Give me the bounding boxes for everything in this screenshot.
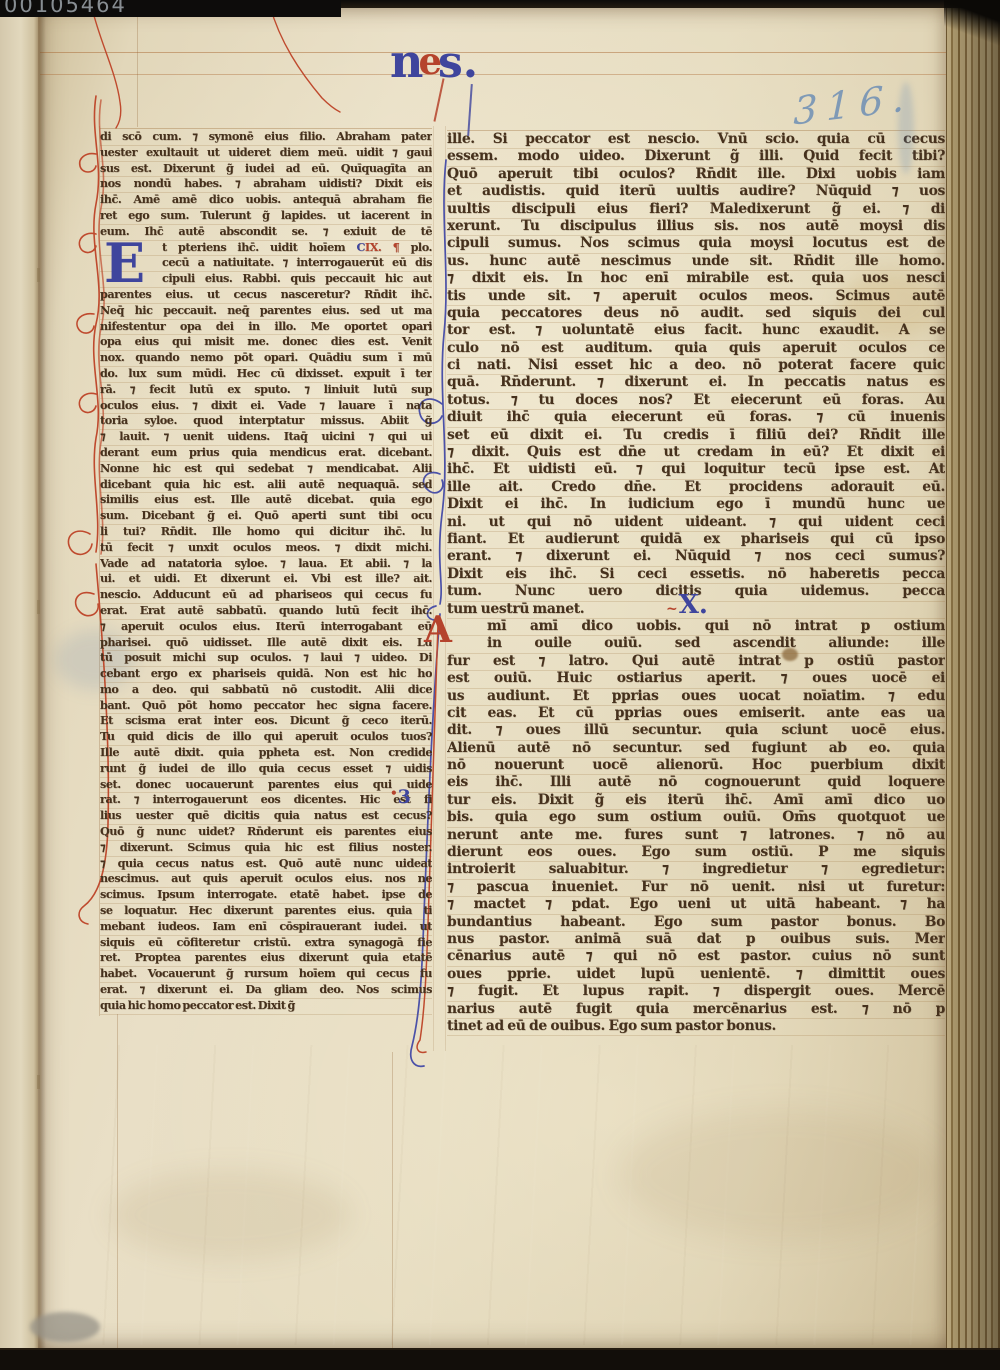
manuscript-text-line: mo a deo. qui sabbatū nō custodit. Alii … xyxy=(100,682,432,698)
manuscript-text-line: rā. ⁊ fecit lutū ex sputo. ⁊ liniuit lut… xyxy=(100,382,432,398)
manuscript-text-line: ⁊ pascua inueniet. Fur nō uenit. nisi ut… xyxy=(447,879,945,896)
manuscript-text-line: nifestentur opa dei in illo. Me oportet … xyxy=(100,319,432,335)
manuscript-text-line: Quō g̃ nunc uidet? Rn̄derunt eis parente… xyxy=(100,824,432,840)
manuscript-text-line: fiant. Et audierunt quidā ex phariseis q… xyxy=(447,531,945,548)
manuscript-text-line: ihc̄. Amē amē dico uobis. antequā abraha… xyxy=(100,192,432,208)
manuscript-text-line: diuit ihc̄ quia eiecerunt eū foras. ⁊ cū… xyxy=(447,409,945,426)
manuscript-text-line: dierunt eos oues. Ego sum ostiū. P me si… xyxy=(447,844,945,861)
manuscript-text-line: derant eum prius quia mendicus erat. dic… xyxy=(100,445,432,461)
manuscript-text-line: oculos eius. ⁊ dixit ei. Vade ⁊ lauare ī… xyxy=(100,398,432,414)
edge-pencil-smudge xyxy=(898,82,914,174)
manuscript-text-line: ⁊ quia cecus natus est. Quō autē nunc ui… xyxy=(100,856,432,872)
manuscript-text-line: similis eius est. Ille autē dicebat. qui… xyxy=(100,492,432,508)
manuscript-text-line: runt g̃ iudei de illo quia cecus esset ⁊… xyxy=(100,761,432,777)
manuscript-text-line: est ouiū. Huic ostiarius aperit. ⁊ oues … xyxy=(447,670,945,687)
manuscript-text-line: nerunt ante me. fures sunt ⁊ latrones. ⁊… xyxy=(447,827,945,844)
manuscript-text-line: se loquatur. Hec dixerunt parentes eius.… xyxy=(100,903,432,919)
manuscript-text-line: xerunt. Tu discipulus illius sis. nos au… xyxy=(447,218,945,235)
decorated-initial-E: E xyxy=(104,236,145,290)
manuscript-text-line: quā. Rn̄derunt. ⁊ dixerunt ei. In peccat… xyxy=(447,374,945,391)
binding-stitch xyxy=(37,268,40,282)
manuscript-text-line: set eū dixit ei. Tu credis ī filiū dei? … xyxy=(447,427,945,444)
manuscript-text-line: quia peccatores deus nō audit. sed siqui… xyxy=(447,305,945,322)
manuscript-text-line: nus pastor. animā suā dat p ouibus suis.… xyxy=(447,931,945,948)
manuscript-text-line: dicebant quia hic est. alii autē nequaqu… xyxy=(100,477,432,493)
manuscript-text-line: ⁊ dixit. Quis est dn̄e ut credam in eū? … xyxy=(447,444,945,461)
manuscript-text-line: nos nondū habes. ⁊ abraham uidisti? Dixi… xyxy=(100,176,432,192)
manuscript-text-line: di scō cum. ⁊ symonē eius filio. Abraham… xyxy=(100,129,432,145)
manuscript-text-line: nescio. Adducunt eū ad phariseos qui cec… xyxy=(100,587,432,603)
manuscript-text-line: cit eas. Et cū pprias oues emiserit. ant… xyxy=(447,705,945,722)
binding-stitch xyxy=(37,1075,40,1089)
photo-background-top xyxy=(341,0,1000,8)
pen-flourish-top-margin xyxy=(64,2,364,132)
manuscript-text-line: sus est. Dixerunt g̃ iudei ad eū. Quīqua… xyxy=(100,161,432,177)
manuscript-text-line: t pteriens ihc̄. uidit hoīem CIX. ¶ plo. xyxy=(100,240,432,256)
parchment-shading xyxy=(110,1170,350,1260)
running-title-letter: e xyxy=(418,39,442,83)
manuscript-text-line: Nonne hic est qui sedebat ⁊ mendicabat. … xyxy=(100,461,432,477)
manuscript-text-line: et audistis. quid iterū uultis audire? N… xyxy=(447,183,945,200)
manuscript-text-line: ⁊ dixit eis. In hoc enī mirabile est. qu… xyxy=(447,270,945,287)
manuscript-text-line: eis ihc̄. Illi autē nō cognouerunt quid … xyxy=(447,774,945,791)
manuscript-text-line: tū posuit michi sup oculos. ⁊ laui ⁊ uid… xyxy=(100,650,432,666)
photo-background-corner xyxy=(944,0,1000,46)
manuscript-text-line: siquis eū cōfiteretur cristū. extra syna… xyxy=(100,935,432,951)
manuscript-text-line: ⁊ aperuit oculos eius. Iterū interrogaba… xyxy=(100,619,432,635)
ruling-line-vertical xyxy=(117,1014,118,1348)
manuscript-text-line: culo nō est auditum. quia quis aperuit o… xyxy=(447,340,945,357)
book-fore-edge xyxy=(946,8,1000,1349)
manuscript-text-line: Dixit ei ihc̄. In iudicium ego ī mundū h… xyxy=(447,496,945,513)
photo-background-bottom xyxy=(0,1348,1000,1370)
manuscript-text-line: ille. Si peccator est nescio. Vnū scio. … xyxy=(447,131,945,148)
decorated-initial-A: A xyxy=(424,612,452,648)
manuscript-text-line: Neq̄ hic peccauit. neq̄ parentes eius. s… xyxy=(100,303,432,319)
manuscript-text-line: tor est. ⁊ uoluntatē eius facit. hunc ex… xyxy=(447,322,945,339)
manuscript-text-line: tis unde sit. ⁊ aperuit oculos meos. Sci… xyxy=(447,288,945,305)
text-column-left: di scō cum. ⁊ symonē eius filio. Abraham… xyxy=(100,128,432,1014)
manuscript-text-line: Ille autē dixit. quia ppheta est. Non cr… xyxy=(100,745,432,761)
manuscript-text-line: tū fecit ⁊ unxit oculos meos. ⁊ dixit mi… xyxy=(100,540,432,556)
manuscript-text-line: dit. ⁊ oues illū secuntur. quia sciunt u… xyxy=(447,722,945,739)
manuscript-text-line: bant. Quō pōt homo peccator hec signa fa… xyxy=(100,698,432,714)
manuscript-text-line: ni. ut qui nō uident uideant. ⁊ qui uide… xyxy=(447,514,945,531)
binding-residue xyxy=(30,1312,100,1342)
manuscript-text-line: Vade ad natatoria syloe. ⁊ laua. Et abii… xyxy=(100,556,432,572)
manuscript-text-line: mī amī dico uobis. qui nō intrat p ostiu… xyxy=(447,618,945,635)
manuscript-text-line: bis. quia ego sum ostium ouiū. Om̄s quot… xyxy=(447,809,945,826)
manuscript-text-line: ⁊ fugit. Et lupus rapit. ⁊ dispergit oue… xyxy=(447,983,945,1000)
manuscript-text-line: in ouile ouiū. sed ascendit aliunde: ill… xyxy=(447,635,945,652)
scanner-id-bar: 00105464 xyxy=(0,0,341,17)
manuscript-text-line: ret ego sum. Tulerunt g̃ lapides. ut iac… xyxy=(100,208,432,224)
manuscript-text-line: us. hunc autē nescimus unde sit. Rn̄dit … xyxy=(447,253,945,270)
gutter-crease xyxy=(34,8,46,1349)
manuscript-text-line: fur est ⁊ latro. Qui autē intrat p ostiū… xyxy=(447,653,945,670)
manuscript-text-line: habet. Vocauerunt g̃ rursum hoīem qui ce… xyxy=(100,966,432,982)
manuscript-text-line: sum. Dicebant g̃ ei. Quō aperti sunt tib… xyxy=(100,508,432,524)
manuscript-text-line: toria syloe. quod interptatur missus. Ab… xyxy=(100,413,432,429)
manuscript-text-line: bundantius habeant. Ego sum pastor bonus… xyxy=(447,914,945,931)
manuscript-text-line: ⁊ lauit. ⁊ uenit uidens. Itaq̄ uicini ⁊ … xyxy=(100,429,432,445)
manuscript-text-line: eum. Ihc̄ autē abscondit se. ⁊ exiuit de… xyxy=(100,224,432,240)
manuscript-text-line: parentes eius. ut cecus nasceretur? Rn̄d… xyxy=(100,287,432,303)
manuscript-text-line: cipuli eius. Rabbi. quis peccauit hic au… xyxy=(100,271,432,287)
manuscript-text-line: pharisei. quō uidisset. Ille autē dixit … xyxy=(100,635,432,651)
manuscript-text-line: narius autē fugit quia mercēnarius est. … xyxy=(447,1001,945,1018)
manuscript-text-line: cecū a natiuitate. ⁊ interrogauerūt eū d… xyxy=(100,255,432,271)
manuscript-text-line: Tu quid dicis de illo qui aperuit oculos… xyxy=(100,729,432,745)
manuscript-text-line: ille ait. Credo dn̄e. Et procidens adora… xyxy=(447,479,945,496)
facing-page-edge xyxy=(0,8,38,1349)
manuscript-text-line: uester exultauit ut uideret diem meū. ui… xyxy=(100,145,432,161)
manuscript-text-line: ⁊ dixerunt. Scimus quia hic est filius n… xyxy=(100,840,432,856)
chapter-rubric-x: ~X. xyxy=(666,590,708,620)
text-column-right: ille. Si peccator est nescio. Vnū scio. … xyxy=(447,130,945,1035)
manuscript-text-line: cebant ergo ex phariseis quidā. Non est … xyxy=(100,666,432,682)
manuscript-text-line: uultis discipuli eius fieri? Maledixerun… xyxy=(447,201,945,218)
binding-stitch xyxy=(37,600,40,614)
manuscript-text-line: Alienū autē nō secuntur. sed fugiunt ab … xyxy=(447,740,945,757)
manuscript-text-line: erat. ⁊ dixerunt ei. Da gliam deo. Nos s… xyxy=(100,982,432,998)
scanner-id-label: 00105464 xyxy=(4,0,127,17)
manuscript-text-line: opa eius qui misit me. donec dies est. V… xyxy=(100,334,432,350)
ruling-line-vertical xyxy=(392,1052,393,1348)
manuscript-text-line: Quō aperuit tibi oculos? Rn̄dit ille. Di… xyxy=(447,166,945,183)
manuscript-text-line: ret. Proptea parentes eius dixerunt quia… xyxy=(100,950,432,966)
manuscript-text-line: tur eis. Dixit g̃ eis iterū ihc̄. Amī am… xyxy=(447,792,945,809)
manuscript-text-line: introierit saluabitur. ⁊ ingredietur ⁊ e… xyxy=(447,861,945,878)
manuscript-text-line: nō nouerunt uocē alienorū. Hoc puerbium … xyxy=(447,757,945,774)
running-title: nes. xyxy=(390,34,540,108)
manuscript-text-line: rat. ⁊ interrogauerunt eos dicentes. Hic… xyxy=(100,792,432,808)
manuscript-text-line: do. lux sum mūdi. Hec cū dixisset. expui… xyxy=(100,366,432,382)
manuscript-text-line: ⁊ mactet ⁊ pdat. Ego ueni ut uitā habean… xyxy=(447,896,945,913)
manuscript-text-line: tinet ad eū de ouibus. Ego sum pastor bo… xyxy=(447,1018,945,1035)
manuscript-text-line: us audiunt. Et pprias oues uocat noīatim… xyxy=(447,688,945,705)
manuscript-text-line: set. donec uocauerunt parentes eius qui … xyxy=(100,777,432,793)
manuscript-text-line: nescimus. aut quis aperuit oculos eius. … xyxy=(100,871,432,887)
manuscript-text-line: erant. ⁊ dixerunt ei. Nūquid ⁊ nos ceci … xyxy=(447,548,945,565)
manuscript-text-line: lius uester quē dicitis quia natus est c… xyxy=(100,808,432,824)
parchment-shading xyxy=(620,1110,940,1240)
manuscript-text-line: cipuli sumus. Nos scimus quia moysi locu… xyxy=(447,235,945,252)
manuscript-text-line: erat. Erat autē sabbatū. quando lutū fec… xyxy=(100,603,432,619)
manuscript-text-line: ui. et uidi. Et dixerunt ei. Vbi est ill… xyxy=(100,571,432,587)
manuscript-text-line: ihc̄. Et uidisti eū. ⁊ qui loquitur tecū… xyxy=(447,461,945,478)
manuscript-text-line: nox. quando nemo pōt opari. Quādiu sum ī… xyxy=(100,350,432,366)
red-dot: • xyxy=(390,786,398,800)
manuscript-text-line: ci nati. Nisi esset hic a deo. nō potera… xyxy=(447,357,945,374)
manuscript-text-line: Dixit eis ihc̄. Si ceci essetis. nō habe… xyxy=(447,566,945,583)
manuscript-text-line: Et scisma erat inter eos. Dicunt g̃ ceco… xyxy=(100,713,432,729)
manuscript-text-line: essem. modo uideo. Dixerunt g̃ illi. Qui… xyxy=(447,148,945,165)
manuscript-text-line: li tui? Rn̄dit. Ille homo qui dicitur ih… xyxy=(100,524,432,540)
manuscript-text-line: oues pprie. uidet lupū uenientē. ⁊ dimit… xyxy=(447,966,945,983)
manuscript-photo: 00105464 nes. 316. di scō cum. ⁊ symonē … xyxy=(0,0,1000,1370)
manuscript-text-line: quia hic homo peccator est. Dixit g̃ xyxy=(100,998,432,1014)
red-pen-tick: ~ xyxy=(666,601,678,617)
manuscript-text-line: mebant iudeos. Iam enī cōspirauerant iud… xyxy=(100,919,432,935)
manuscript-text-line: cēnarius autē ⁊ qui nō est pastor. cuius… xyxy=(447,948,945,965)
manuscript-text-line: totus. ⁊ tu doces nos? Et eiecerunt eū f… xyxy=(447,392,945,409)
manuscript-text-line: scimus. Ipsum interrogate. etatē habet. … xyxy=(100,887,432,903)
quire-margin-mark: •3 xyxy=(390,786,411,808)
